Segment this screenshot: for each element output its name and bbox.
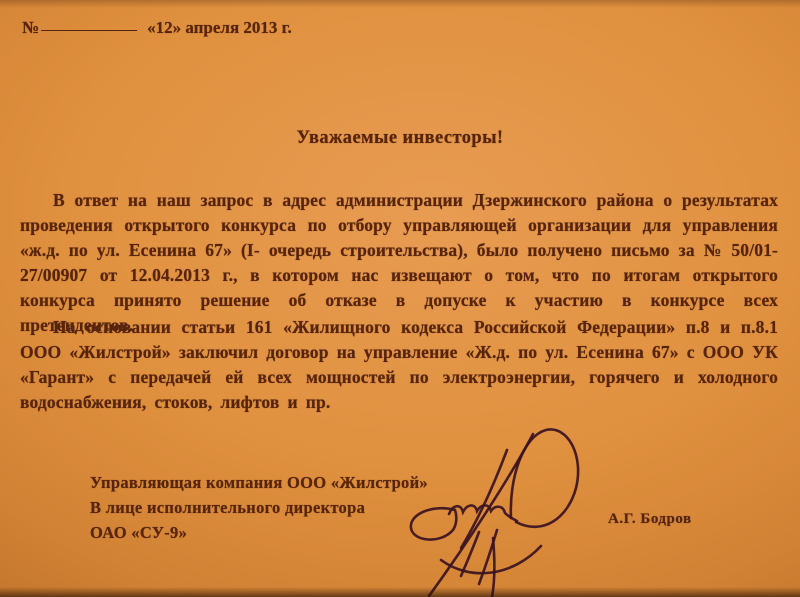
handwritten-signature [395,420,590,597]
ref-number-blank-line [41,28,137,31]
letter-photo: №«12» апреля 2013 г. Уважаемые инвесторы… [0,0,800,597]
ref-number-label: № [22,18,39,37]
signature-line-company: Управляющая компания ООО «Жилстрой» [90,470,428,495]
salutation: Уважаемые инвесторы! [0,128,800,149]
signature-line-role: В лице исполнительного директора [90,495,428,520]
signature-line-org: ОАО «СУ-9» [90,520,428,545]
paragraph-2: На основании статьи 161 «Жилищного кодек… [20,315,778,415]
letter-date: «12» апреля 2013 г. [147,18,292,37]
reference-line: №«12» апреля 2013 г. [22,18,292,38]
photo-top-shadow [0,0,800,8]
signature-block: Управляющая компания ООО «Жилстрой» В ли… [90,470,428,545]
signer-name: А.Г. Бодров [608,511,692,528]
